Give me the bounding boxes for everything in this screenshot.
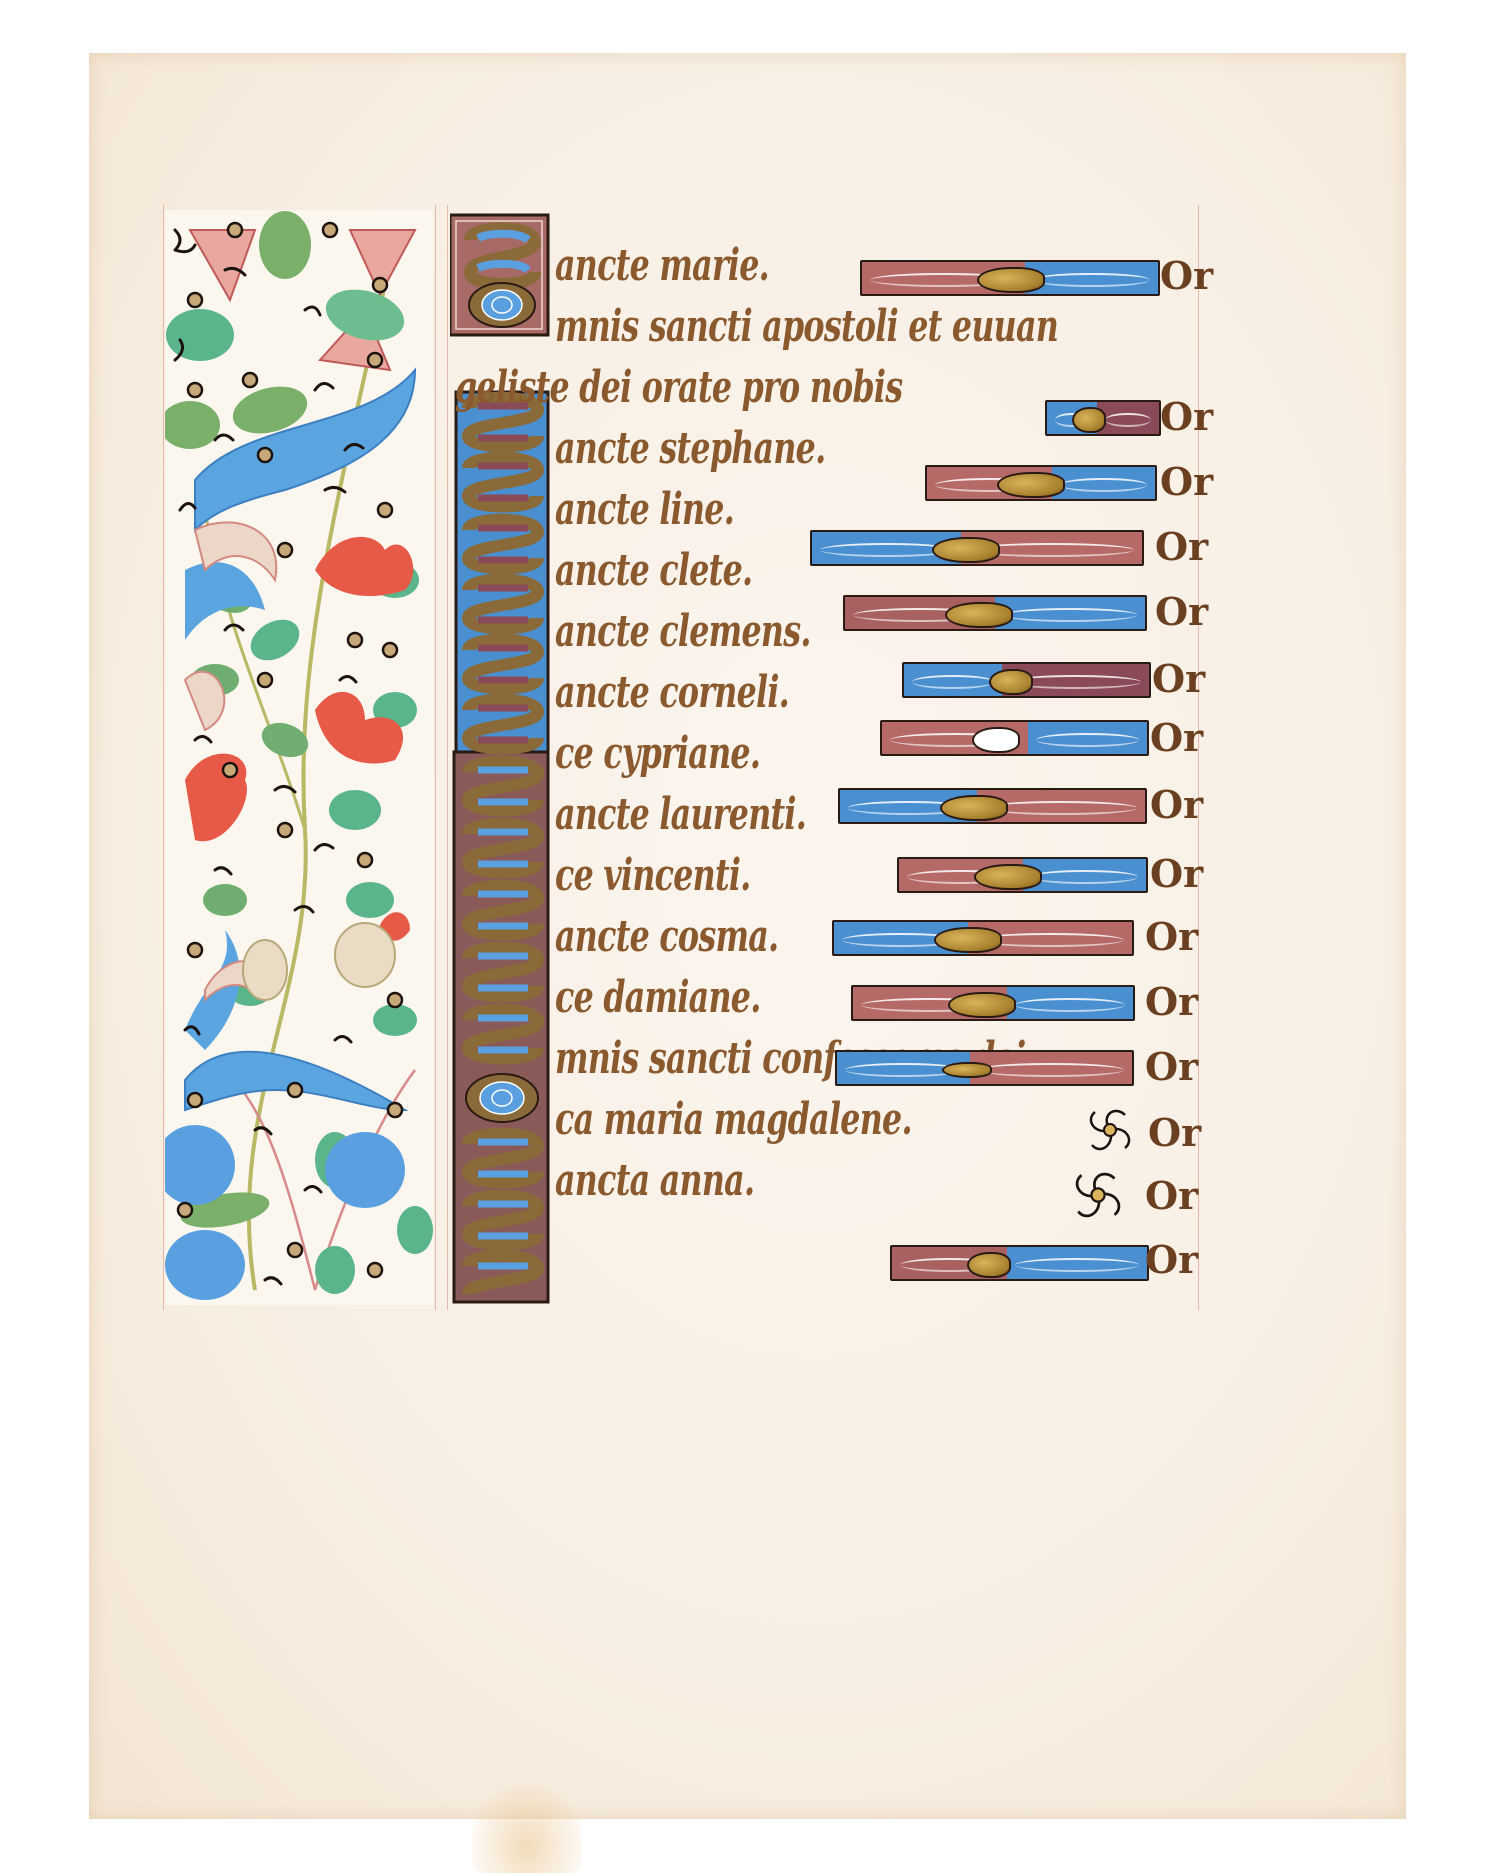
line-text: mnis sancti apostoli et euuan [555,301,1058,353]
response-or: Or [1145,1176,1198,1216]
response-or: Or [1150,718,1203,758]
line-filler-10 [897,857,1148,893]
line-text: ancte clete. [555,545,752,597]
line-text: ce cypriane. [555,728,760,780]
line-filler-1 [860,260,1160,296]
line-filler-16 [890,1245,1149,1281]
litany-line-3: geliste dei orate pro nobis [455,354,1076,414]
line-filler-11 [832,920,1134,956]
floral-border [165,210,433,1305]
line-filler-3 [1045,400,1161,436]
line-text: ancte laurenti. [555,789,806,841]
ruling-line-border-right [435,205,436,1310]
line-text: ancte corneli. [555,667,789,719]
line-text: ce vincenti. [555,850,750,902]
line-filler-12 [851,985,1135,1021]
response-or: Or [1152,659,1205,699]
litany-line-5: ancte line. [555,476,804,536]
line-text: ancta anna. [555,1155,754,1207]
litany-line-12: ancte cosma. [555,903,865,963]
line-text: ca maria magdalene. [555,1094,912,1146]
response-or: Or [1145,1047,1198,1087]
ruling-line-left [163,205,164,1310]
line-filler-7 [902,662,1151,698]
line-text: ce damiane. [555,972,761,1024]
line-text: ancte marie. [555,240,769,292]
response-or: Or [1150,785,1203,825]
response-or: Or [1145,982,1198,1022]
line-filler-8 [880,720,1149,756]
litany-line-11: ce vincenti. [555,842,827,902]
response-or: Or [1150,854,1203,894]
line-filler-9 [838,788,1147,824]
litany-line-6: ancte clete. [555,537,829,597]
litany-line-2: mnis sancti apostoli et euuan [555,293,1254,353]
line-text: ancte cosma. [555,911,778,963]
response-or: Or [1160,462,1213,502]
litany-line-8: ancte corneli. [555,659,880,719]
response-or: Or [1145,917,1198,957]
rosette-ornament-icon [1080,1100,1140,1160]
response-or: Or [1155,527,1208,567]
line-filler-4 [925,465,1157,501]
response-or: Or [1160,397,1213,437]
litany-line-16: ancta anna. [555,1147,832,1207]
response-or: Or [1145,1240,1198,1280]
line-text: ancte stephane. [555,423,825,475]
litany-line-9: ce cypriane. [555,720,840,780]
line-filler-13 [835,1050,1134,1086]
response-or: Or [1148,1113,1201,1153]
line-text: geliste dei orate pro nobis [455,362,902,414]
rosette-ornament-icon [1065,1162,1131,1228]
line-text: ancte clemens. [555,606,811,658]
water-stain [472,1785,582,1873]
litany-line-15: ca maria magdalene. [555,1086,1051,1146]
floral-border-illustration [165,210,433,1305]
line-text: ancte line. [555,484,734,536]
ruling-line-text-left [447,205,448,1310]
litany-line-1: ancte marie. [555,232,852,292]
response-or: Or [1160,256,1213,296]
line-filler-6 [843,595,1147,631]
litany-line-4: ancte stephane. [555,415,931,475]
response-or: Or [1155,592,1208,632]
line-filler-5 [810,530,1144,566]
litany-line-13: ce damiane. [555,964,840,1024]
